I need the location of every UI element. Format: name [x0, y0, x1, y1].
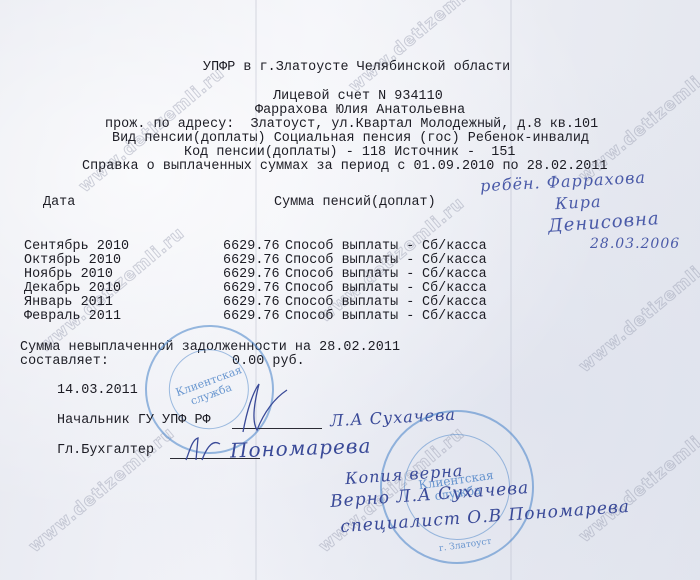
handwritten-child-first-name: Кира [555, 192, 602, 213]
row-method-label: Способ выплаты - [285, 310, 414, 324]
organization-title: УПФР в г.Златоусте Челябинской области [203, 61, 510, 75]
handwritten-birthdate: 28.03.2006 [590, 236, 680, 252]
row-month: Октябрь 2010 [24, 254, 121, 268]
row-amount: 6629.76 [223, 268, 280, 282]
column-header-date: Дата [43, 196, 75, 210]
row-month: Январь 2011 [24, 296, 113, 310]
row-method: Сб/касса [422, 296, 487, 310]
pension-type: Вид пенсии(доплаты) Социальная пенсия (г… [112, 132, 589, 146]
row-method-label: Способ выплаты - [285, 268, 414, 282]
watermark: www.detizemli.ru [345, 0, 499, 97]
row-amount: 6629.76 [223, 254, 280, 268]
accountant-signature-label: Гл.Бухгалтер [57, 444, 154, 458]
row-method-label: Способ выплаты - [285, 282, 414, 296]
issue-date: 14.03.2011 [57, 384, 138, 398]
head-signature-label: Начальник ГУ УПФ РФ [57, 414, 211, 428]
column-header-amount: Сумма пенсий(доплат) [274, 196, 436, 210]
recipient-name: Фаррахова Юлия Анатольевна [255, 104, 465, 118]
watermark: www.detizemli.ru [575, 413, 700, 547]
row-amount: 6629.76 [223, 310, 280, 324]
row-month: Февраль 2011 [24, 310, 121, 324]
row-method: Сб/касса [422, 282, 487, 296]
row-amount: 6629.76 [223, 240, 280, 254]
row-method-label: Способ выплаты - [285, 254, 414, 268]
row-amount: 6629.76 [223, 282, 280, 296]
pension-code: Код пенсии(доплаты) - 118 Источник - 151 [184, 146, 516, 160]
row-month: Декабрь 2010 [24, 282, 121, 296]
row-method: Сб/касса [422, 310, 487, 324]
period: Справка о выплаченных суммах за период с… [82, 160, 608, 174]
row-month: Сентябрь 2010 [24, 240, 129, 254]
row-method: Сб/касса [422, 254, 487, 268]
row-method: Сб/касса [422, 240, 487, 254]
address: прож. по адресу: Златоуст, ул.Квартал Мо… [105, 118, 598, 132]
watermark: www.detizemli.ru [575, 243, 700, 377]
row-method: Сб/касса [422, 268, 487, 282]
account-number: Лицевой счет N 934110 [273, 90, 443, 104]
head-signature-line [232, 428, 322, 429]
row-method-label: Способ выплаты - [285, 296, 414, 310]
row-amount: 6629.76 [223, 296, 280, 310]
row-month: Ноябрь 2010 [24, 268, 113, 282]
row-method-label: Способ выплаты - [285, 240, 414, 254]
accountant-signature-name: Пономарева [230, 434, 372, 463]
debt-label: составляет: [20, 355, 109, 369]
